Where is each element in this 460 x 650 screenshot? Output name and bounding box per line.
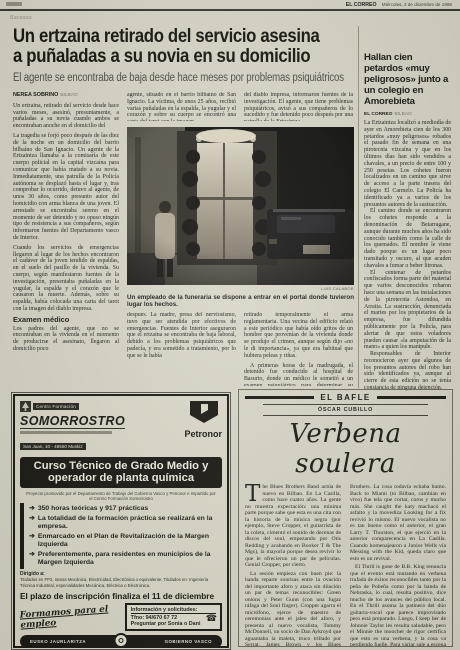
arrow-icon: ➔ [29, 533, 35, 540]
crime-scene-photo-art [127, 127, 354, 285]
paper-name: EL CORREO [346, 2, 377, 8]
body-paragraph: agente, situado en el barrio bilbaíno de… [127, 92, 236, 121]
ad-bottom-row: Formamos para el empleo Información y so… [20, 603, 222, 631]
byline-city: BILBAO [60, 93, 77, 98]
body-paragraph: retirado temporalmente el arma reglament… [244, 312, 353, 360]
body-paragraph: después. La madre, presa del nerviosismo… [127, 312, 236, 360]
ad-slogan: Formamos para el empleo [19, 604, 125, 631]
ad-school-name: SOMORROSTRO [20, 414, 125, 429]
bafle-paragraph: The Blues Brothers Band actúa de nuevo e… [245, 484, 341, 569]
subhead-examen-medico: Examen médico [13, 317, 119, 324]
ad-dirigido-text: Titulados en FP2, ramas Mecánica, Electr… [20, 577, 222, 588]
ad-micro-text-bar [20, 431, 112, 434]
masthead-rule [0, 9, 460, 11]
sidebar-article: Hallan cien petardos «muy peligrosos» ju… [364, 52, 451, 396]
kicker-rule [377, 396, 446, 399]
gov-bar: EUSKO JAURLARITZA GOBIERNO VASCO [20, 635, 222, 648]
ad-info-box: Información y solicitudes: Tfno: 94/670 … [125, 603, 222, 631]
bafle-body: The Blues Brothers Band actúa de nuevo e… [245, 484, 446, 647]
ad-school-block: Centro Formación SOMORROSTRO San Juan, 1… [20, 401, 150, 453]
course-ad: Centro Formación SOMORROSTRO San Juan, 1… [13, 394, 229, 648]
petronor-flag-icon [188, 401, 218, 423]
crime-scene-photo [127, 127, 354, 285]
newspaper-page: EL CORREO Miércoles, 2 de diciembre de 1… [0, 0, 460, 650]
ad-bullet: ➔La totalidad de la formación práctica s… [29, 515, 222, 531]
byline: NEREA SOBRINOBILBAO [13, 92, 119, 100]
article-body: NEREA SOBRINOBILBAO Un ertzaina, retirad… [13, 92, 354, 386]
masthead: EL CORREO Miércoles, 2 de diciembre de 1… [346, 2, 452, 8]
body-paragraph: Los padres del agente, que no se encontr… [13, 326, 119, 353]
ad-promo-note: Proyecto promovido por el Departamento d… [26, 491, 216, 502]
main-article: Un ertzaina retirado del servicio asesin… [13, 26, 354, 386]
ad-bullet: ➔Enmarcado en el Plan de Revitalización … [29, 533, 222, 549]
bafle-kicker: EL BAFLE [320, 393, 370, 402]
petronor-name: Petronor [184, 429, 222, 439]
body-right-area: agente, situado en el barrio bilbaíno de… [127, 92, 354, 386]
body-paragraph: del diablo impresa, informaron fuentes d… [244, 92, 353, 121]
headline-line-1: Un ertzaina retirado del servicio asesin… [13, 26, 306, 46]
sidebar-paragraph: Responsables de Interior reconocieron ay… [364, 351, 451, 392]
photo-caption: Un empleado de la funeraria se dispone a… [127, 294, 354, 308]
body-col-3-bottom: retirado temporalmente el arma reglament… [244, 312, 353, 386]
scan-artifact [6, 2, 22, 6]
gov-right-label: GOBIERNO VASCO [165, 639, 212, 644]
body-paragraph: Un ertzaina, retirado del servicio desde… [13, 103, 119, 130]
bafle-kicker-row: EL BAFLE [245, 393, 446, 402]
tree-icon [20, 401, 31, 412]
sidebar-paragraph: El centenar de petardos confiscados form… [364, 270, 451, 352]
body-top-texts: agente, situado en el barrio bilbaíno de… [127, 92, 354, 121]
ad-bullet: ➔Preferentemente, para residentes en mun… [29, 551, 222, 567]
ad-bullet: ➔350 horas teóricas y 917 prácticas [29, 505, 222, 513]
bafle-headline: Verbena soulera [245, 419, 446, 479]
ad-centro-label: Centro Formación [33, 403, 79, 410]
sidebar-paragraph: El camino donde se encontraron los cohet… [364, 208, 451, 269]
ad-bullet-text: 350 horas teóricas y 917 prácticas [38, 505, 148, 513]
column-divider [358, 26, 359, 388]
body-paragraph: Cuando los servicios de emergencias lleg… [13, 245, 119, 313]
arrow-icon: ➔ [29, 515, 35, 522]
bafle-author: ÓSCAR CUBILLO [245, 407, 446, 413]
bullet-accent-bar [20, 503, 24, 569]
deck: El agente se encontraba de baja desde ha… [13, 72, 299, 84]
body-col-1: NEREA SOBRINOBILBAO Un ertzaina, retirad… [13, 92, 119, 386]
ad-partner-block: Petronor [184, 401, 222, 439]
gov-left-label: EUSKO JAURLARITZA [30, 639, 86, 644]
sidebar-paragraph: La Ertzaintza localizó a mediodía de aye… [364, 120, 451, 208]
body-paragraph: A primeras horas de la madrugada, el det… [244, 363, 353, 386]
date-line: Miércoles, 2 de diciembre de 1998 [382, 2, 452, 7]
body-bottom-texts: después. La madre, presa del nerviosismo… [127, 312, 354, 386]
ad-bullet-list: ➔350 horas teóricas y 917 prácticas ➔La … [20, 503, 222, 569]
phone-icon: ☎ [206, 613, 217, 624]
gov-emblem-icon [114, 633, 129, 648]
section-label: Sucesos [10, 15, 32, 21]
photo-credit: LUIS CALABOR [127, 286, 354, 293]
sidebar-headline: Hallan cien petardos «muy peligrosos» ju… [364, 52, 451, 107]
body-col-2-bottom: después. La madre, presa del nerviosismo… [127, 312, 236, 386]
sidebar-byline-city: BILBAO [394, 112, 411, 117]
author-name: NEREA SOBRINO [13, 92, 58, 98]
info-title: Información y solicitudes: [131, 607, 216, 614]
bafle-thin-rule [263, 415, 428, 416]
ad-address: San Juan, 10 - 48550 Muskiz [20, 443, 86, 450]
ad-deadline: El plazo de inscripción finaliza el 11 d… [20, 591, 222, 601]
headline-line-2: a puñaladas a su novia en su domicilio [13, 46, 306, 66]
ad-bullet-text: La totalidad de la formación práctica se… [38, 515, 222, 531]
info-contact: Preguntar por Sonia o Dani [131, 621, 216, 627]
ad-header: Centro Formación SOMORROSTRO San Juan, 1… [20, 401, 222, 453]
bafle-thin-rule [263, 404, 428, 405]
arrow-icon: ➔ [29, 551, 35, 558]
body-paragraph: La tragedia se forjó poco después de las… [13, 133, 119, 242]
ad-course-banner: Curso Técnico de Grado Medio y operador … [20, 457, 222, 488]
sidebar-agency: EL CORREO [364, 112, 392, 117]
arrow-icon: ➔ [29, 505, 35, 512]
kicker-rule [245, 396, 314, 399]
ad-bullet-text: Preferentemente, para residentes en muni… [38, 551, 222, 567]
bafle-section: EL BAFLE ÓSCAR CUBILLO Verbena soulera T… [238, 389, 453, 647]
sidebar-byline: EL CORREOBILBAO [364, 112, 451, 117]
ad-bullet-text: Enmarcado en el Plan de Revitalización d… [38, 533, 222, 549]
